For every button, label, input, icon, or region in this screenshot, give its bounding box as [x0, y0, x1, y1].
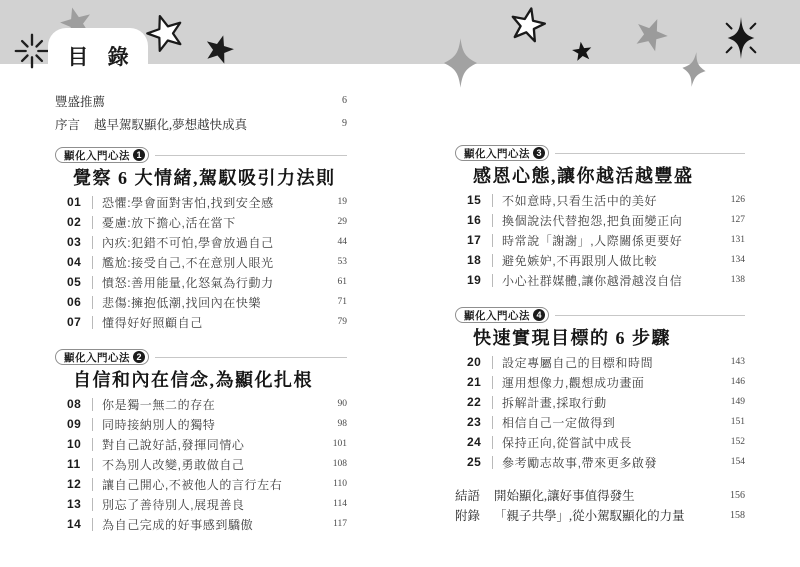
item-divider [492, 436, 493, 449]
item-title: 保持正向,從嘗試中成長 [502, 434, 725, 451]
entry-label: 結語 [455, 486, 480, 504]
section-badge-row: 顯化入門心法 2 [55, 349, 347, 365]
section-items: 01恐懼:學會面對害怕,找到安全感19 02憂慮:放下擔心,活在當下29 03內… [55, 192, 347, 332]
item-title: 時常說「謝謝」,人際關係更要好 [502, 232, 725, 249]
item-title: 恐懼:學會面對害怕,找到安全感 [102, 194, 332, 211]
item-divider [492, 274, 493, 287]
item-number: 17 [467, 233, 487, 247]
item-title: 拆解計畫,採取行動 [502, 394, 725, 411]
item-title: 換個說法代替抱怨,把負面變正向 [502, 212, 725, 229]
item-title: 相信自己一定做得到 [502, 414, 725, 431]
toc-item: 06悲傷:擁抱低潮,找回內在快樂71 [55, 292, 347, 312]
item-page: 101 [333, 439, 347, 449]
toc-item: 21運用想像力,觀想成功畫面146 [455, 372, 745, 392]
item-divider [92, 518, 93, 531]
item-divider [92, 236, 93, 249]
entry-label: 豐盛推薦 [55, 92, 105, 110]
section-3: 顯化入門心法 3 感恩心態,讓你越活越豐盛 15不如意時,只看生活中的美好126… [455, 145, 745, 290]
section-items: 08你是獨一無二的存在90 09同時接納別人的獨特98 10對自己說好話,發揮同… [55, 394, 347, 534]
item-number: 25 [467, 455, 487, 469]
item-page: 44 [338, 237, 348, 247]
item-number: 23 [467, 415, 487, 429]
item-divider [92, 216, 93, 229]
item-page: 138 [731, 275, 745, 285]
item-number: 03 [67, 235, 87, 249]
item-page: 131 [731, 235, 745, 245]
outline-star-icon [507, 3, 550, 46]
entry-page: 9 [342, 118, 347, 129]
item-title: 對自己說好話,發揮同情心 [102, 436, 327, 453]
badge-label: 顯化入門心法 [64, 350, 130, 365]
section-badge: 顯化入門心法 4 [455, 307, 549, 323]
item-page: 149 [731, 397, 745, 407]
item-page: 134 [731, 255, 745, 265]
item-divider [92, 398, 93, 411]
item-title: 同時接納別人的獨特 [102, 416, 332, 433]
item-number: 16 [467, 213, 487, 227]
sparkle-icon [676, 50, 713, 89]
toc-item: 24保持正向,從嘗試中成長152 [455, 432, 745, 452]
item-number: 01 [67, 195, 87, 209]
section-4: 顯化入門心法 4 快速實現目標的 6 步驟 20設定專屬自己的目標和時間143 … [455, 307, 745, 472]
item-title: 參考勵志故事,帶來更多啟發 [502, 454, 725, 471]
item-divider [92, 418, 93, 431]
item-number: 18 [467, 253, 487, 267]
entry-page: 156 [730, 490, 745, 501]
section-title: 快速實現目標的 6 步驟 [473, 327, 745, 349]
front-matter-row: 豐盛推薦 6 [55, 89, 347, 112]
item-page: 143 [731, 357, 745, 367]
badge-number: 1 [133, 149, 145, 161]
item-title: 運用想像力,觀想成功畫面 [502, 374, 725, 391]
item-page: 126 [731, 195, 745, 205]
item-divider [492, 376, 493, 389]
item-page: 53 [338, 257, 348, 267]
toc-item: 11不為別人改變,勇敢做自己108 [55, 454, 347, 474]
sparkle-icon [444, 38, 477, 88]
item-divider [492, 396, 493, 409]
item-page: 108 [333, 459, 347, 469]
item-number: 12 [67, 477, 87, 491]
toc-item: 23相信自己一定做得到151 [455, 412, 745, 432]
toc-item: 14為自己完成的好事感到驕傲117 [55, 514, 347, 534]
toc-item: 10對自己說好話,發揮同情心101 [55, 434, 347, 454]
badge-rule [155, 155, 347, 156]
section-title: 覺察 6 大情緒,駕馭吸引力法則 [73, 167, 347, 189]
item-page: 19 [338, 197, 348, 207]
item-title: 為自己完成的好事感到驕傲 [102, 516, 327, 533]
item-number: 07 [67, 315, 87, 329]
section-badge: 顯化入門心法 1 [55, 147, 149, 163]
item-page: 71 [338, 297, 348, 307]
item-page: 79 [338, 317, 348, 327]
item-divider [92, 196, 93, 209]
item-page: 146 [731, 377, 745, 387]
toc-item: 18避免嫉妒,不再跟別人做比較134 [455, 250, 745, 270]
item-page: 117 [333, 519, 347, 529]
toc-item: 20設定專屬自己的目標和時間143 [455, 352, 745, 372]
entry-page: 6 [342, 95, 347, 106]
entry-title: 開始顯化,讓好事值得發生 [494, 486, 635, 504]
entry-title: 越早駕馭顯化,夢想越快成真 [94, 115, 247, 133]
toc-item: 09同時接納別人的獨特98 [55, 414, 347, 434]
item-page: 151 [731, 417, 745, 427]
section-badge: 顯化入門心法 2 [55, 349, 149, 365]
section-badge-row: 顯化入門心法 3 [455, 145, 745, 161]
item-divider [492, 254, 493, 267]
item-number: 05 [67, 275, 87, 289]
item-title: 內疚:犯錯不可怕,學會放過自己 [102, 234, 332, 251]
item-title: 避免嫉妒,不再跟別人做比較 [502, 252, 725, 269]
item-number: 20 [467, 355, 487, 369]
item-page: 90 [338, 399, 348, 409]
badge-label: 顯化入門心法 [64, 148, 130, 163]
item-divider [492, 234, 493, 247]
toc-item: 02憂慮:放下擔心,活在當下29 [55, 212, 347, 232]
section-items: 15不如意時,只看生活中的美好126 16換個說法代替抱怨,把負面變正向127 … [455, 190, 745, 290]
item-page: 61 [338, 277, 348, 287]
burst-star-icon [14, 33, 50, 69]
item-number: 14 [67, 517, 87, 531]
section-items: 20設定專屬自己的目標和時間143 21運用想像力,觀想成功畫面146 22拆解… [455, 352, 745, 472]
item-page: 127 [731, 215, 745, 225]
item-divider [492, 194, 493, 207]
badge-number: 3 [533, 147, 545, 159]
toc-item: 13別忘了善待別人,展現善良114 [55, 494, 347, 514]
end-matter: 結語 開始顯化,讓好事值得發生 156 附錄 「親子共學」,從小駕馭顯化的力量 … [455, 485, 745, 525]
toc-item: 01恐懼:學會面對害怕,找到安全感19 [55, 192, 347, 212]
item-title: 設定專屬自己的目標和時間 [502, 354, 725, 371]
item-page: 114 [333, 499, 347, 509]
item-title: 憂慮:放下擔心,活在當下 [102, 214, 332, 231]
item-divider [92, 276, 93, 289]
item-number: 02 [67, 215, 87, 229]
front-matter: 豐盛推薦 6 序言 越早駕馭顯化,夢想越快成真 9 [55, 89, 347, 135]
entry-label: 附錄 [455, 506, 480, 524]
item-number: 04 [67, 255, 87, 269]
toc-item: 12讓自己開心,不被他人的言行左右110 [55, 474, 347, 494]
toc-item: 03內疚:犯錯不可怕,學會放過自己44 [55, 232, 347, 252]
toc-item: 05憤怒:善用能量,化怒氣為行動力61 [55, 272, 347, 292]
item-title: 小心社群媒體,讓你越滑越沒自信 [502, 272, 725, 289]
item-title: 不為別人改變,勇敢做自己 [102, 456, 327, 473]
item-title: 悲傷:擁抱低潮,找回內在快樂 [102, 294, 332, 311]
front-matter-row: 序言 越早駕馭顯化,夢想越快成真 9 [55, 112, 347, 135]
toc-page: 目 錄 豐盛推薦 6 序言 越早駕馭顯化,夢想越快 [0, 0, 800, 567]
entry-page: 158 [730, 510, 745, 521]
item-page: 110 [333, 479, 347, 489]
toc-item: 04尷尬:接受自己,不在意別人眼光53 [55, 252, 347, 272]
item-number: 06 [67, 295, 87, 309]
section-badge-row: 顯化入門心法 4 [455, 307, 745, 323]
entry-label: 序言 [55, 115, 80, 133]
item-divider [92, 478, 93, 491]
toc-item: 22拆解計畫,採取行動149 [455, 392, 745, 412]
end-matter-row: 結語 開始顯化,讓好事值得發生 156 [455, 485, 745, 505]
badge-number: 4 [533, 309, 545, 321]
item-divider [492, 456, 493, 469]
entry-title: 「親子共學」,從小駕馭顯化的力量 [494, 506, 685, 524]
item-divider [92, 498, 93, 511]
section-badge-row: 顯化入門心法 1 [55, 147, 347, 163]
section-2: 顯化入門心法 2 自信和內在信念,為顯化扎根 08你是獨一無二的存在90 09同… [55, 349, 347, 534]
badge-rule [555, 315, 745, 316]
item-title: 讓自己開心,不被他人的言行左右 [102, 476, 327, 493]
toc-item: 08你是獨一無二的存在90 [55, 394, 347, 414]
item-number: 19 [467, 273, 487, 287]
badge-rule [155, 357, 347, 358]
item-number: 21 [467, 375, 487, 389]
title-tab: 目 錄 [48, 28, 148, 84]
item-title: 憤怒:善用能量,化怒氣為行動力 [102, 274, 332, 291]
item-page: 98 [338, 419, 348, 429]
badge-label: 顯化入門心法 [464, 308, 530, 323]
section-badge: 顯化入門心法 3 [455, 145, 549, 161]
page-title: 目 錄 [60, 41, 135, 71]
item-divider [92, 256, 93, 269]
item-page: 154 [731, 457, 745, 467]
toc-item: 17時常說「謝謝」,人際關係更要好131 [455, 230, 745, 250]
badge-number: 2 [133, 351, 145, 363]
toc-item: 15不如意時,只看生活中的美好126 [455, 190, 745, 210]
section-1: 顯化入門心法 1 覺察 6 大情緒,駕馭吸引力法則 01恐懼:學會面對害怕,找到… [55, 147, 347, 332]
badge-rule [555, 153, 745, 154]
end-matter-row: 附錄 「親子共學」,從小駕馭顯化的力量 158 [455, 505, 745, 525]
item-number: 22 [467, 395, 487, 409]
toc-item: 25參考勵志故事,帶來更多啟發154 [455, 452, 745, 472]
toc-item: 16換個說法代替抱怨,把負面變正向127 [455, 210, 745, 230]
item-number: 15 [467, 193, 487, 207]
item-title: 尷尬:接受自己,不在意別人眼光 [102, 254, 332, 271]
section-title: 自信和內在信念,為顯化扎根 [73, 369, 347, 391]
toc-item: 07懂得好好照顧自己79 [55, 312, 347, 332]
item-title: 你是獨一無二的存在 [102, 396, 332, 413]
item-divider [92, 296, 93, 309]
item-number: 09 [67, 417, 87, 431]
item-divider [492, 214, 493, 227]
item-number: 24 [467, 435, 487, 449]
item-divider [92, 316, 93, 329]
item-divider [92, 438, 93, 451]
item-title: 懂得好好照顧自己 [102, 314, 332, 331]
burst-sparkle-icon [720, 14, 762, 62]
five-point-star-icon [571, 40, 594, 63]
section-title: 感恩心態,讓你越活越豐盛 [473, 165, 745, 187]
item-page: 152 [731, 437, 745, 447]
item-number: 08 [67, 397, 87, 411]
item-number: 13 [67, 497, 87, 511]
item-title: 不如意時,只看生活中的美好 [502, 192, 725, 209]
item-title: 別忘了善待別人,展現善良 [102, 496, 327, 513]
item-number: 10 [67, 437, 87, 451]
item-number: 11 [67, 457, 87, 471]
badge-label: 顯化入門心法 [464, 146, 530, 161]
item-page: 29 [338, 217, 348, 227]
item-divider [492, 356, 493, 369]
toc-item: 19小心社群媒體,讓你越滑越沒自信138 [455, 270, 745, 290]
item-divider [92, 458, 93, 471]
item-divider [492, 416, 493, 429]
